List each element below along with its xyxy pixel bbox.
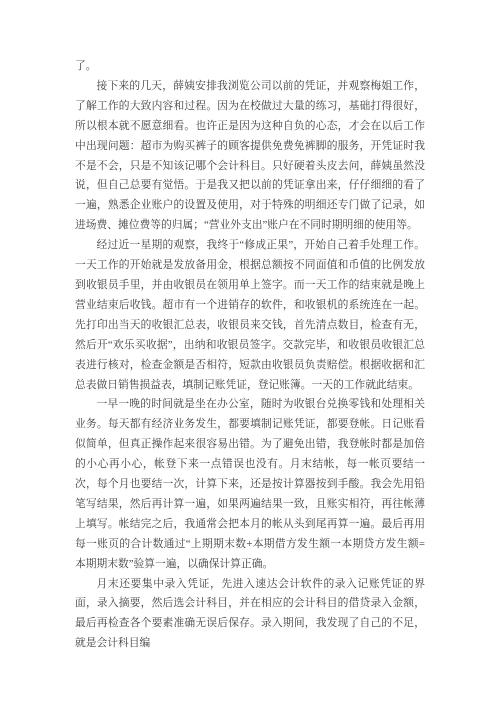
document-page: 了。 接下来的几天，薛姨安排我浏览公司以前的凭证，并观察梅姐工作，了解工作的大致…: [0, 0, 500, 707]
paragraph-daily-workflow: 经过近一星期的观察，我终于“修成正果”，开始自己着手处理工作。一天工作的开始就是…: [75, 236, 425, 395]
paragraph-continuation: 了。: [75, 57, 425, 77]
text-content: 了。 接下来的几天，薛姨安排我浏览公司以前的凭证，并观察梅姐工作，了解工作的大致…: [75, 57, 425, 654]
paragraph-voucher-entry: 月末还要集中录入凭证，先进入速达会计软件的录入记账凭证的界面，录入摘要，然后选会…: [75, 575, 425, 655]
paragraph-bookkeeping: 一早一晚的时间就是坐在办公室，随时为收银台兑换零钱和处理相关业务。每天都有经济业…: [75, 395, 425, 574]
paragraph-internship-observation: 接下来的几天，薛姨安排我浏览公司以前的凭证，并观察梅姐工作，了解工作的大致内容和…: [75, 77, 425, 236]
